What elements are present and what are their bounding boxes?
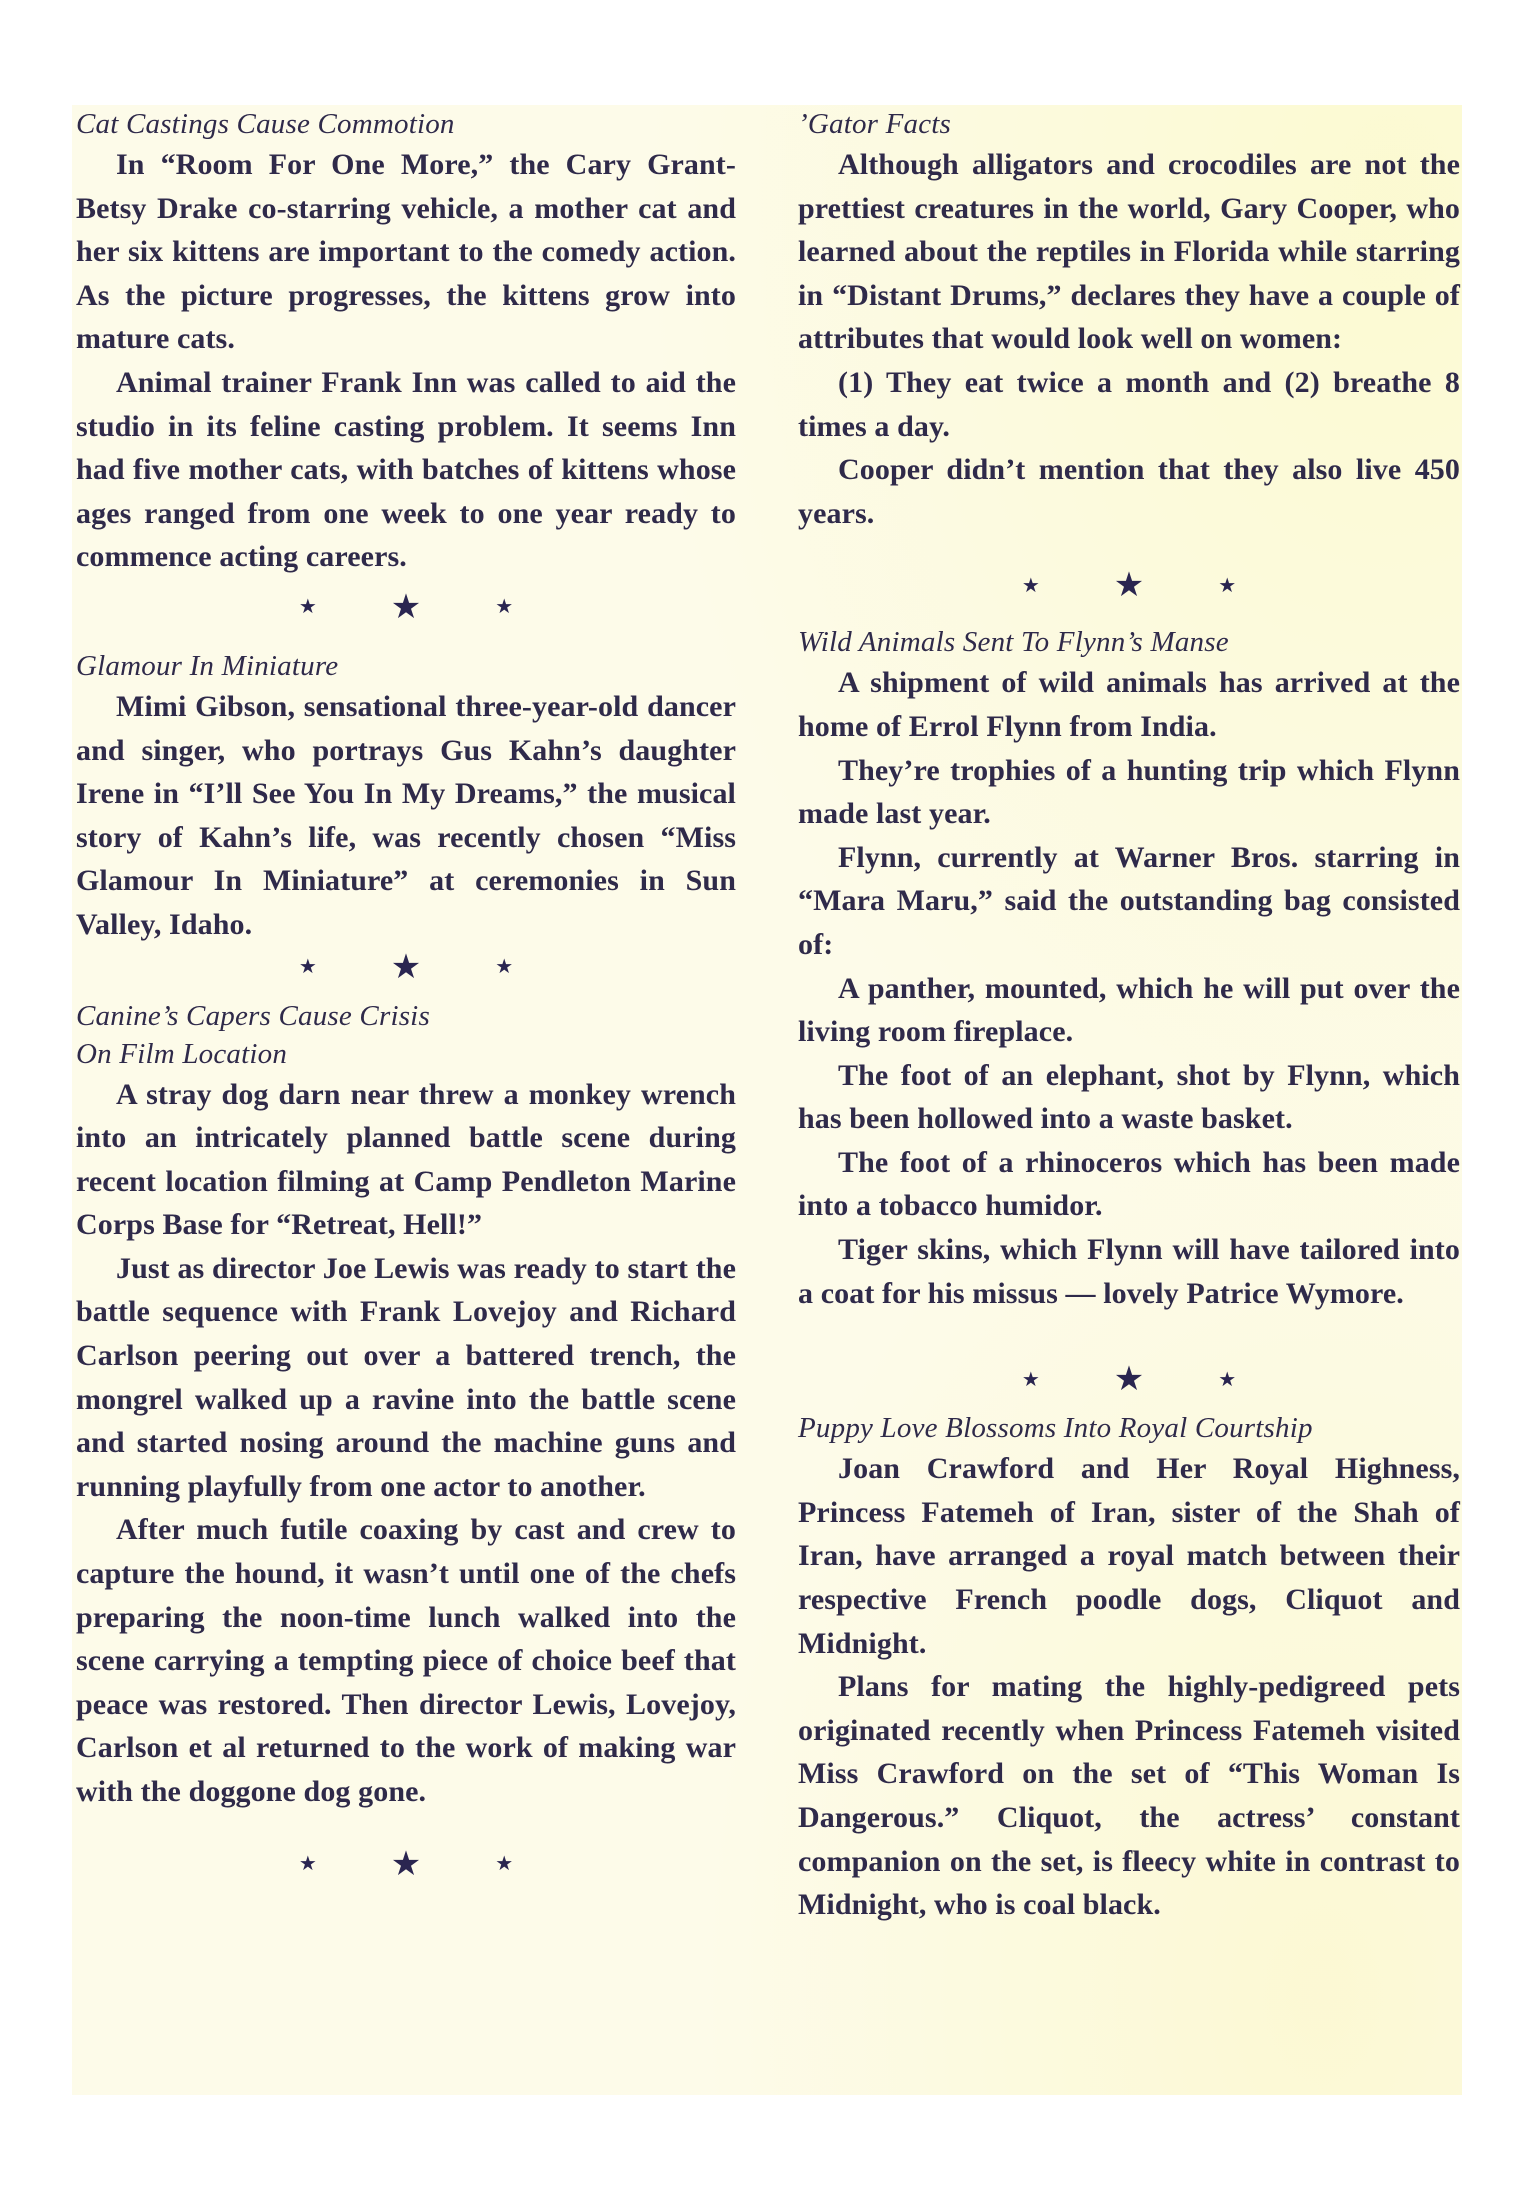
large-star-icon: ★ — [391, 1844, 421, 1884]
left-column: Cat Castings Cause Commotion In “Room Fo… — [76, 105, 736, 1884]
paragraph: (1) They eat twice a month and (2) breat… — [798, 361, 1460, 448]
article-puppy-love: Puppy Love Blossoms Into Royal Courtship… — [798, 1409, 1460, 1927]
paragraph: Cooper didn’t mention that they also liv… — [798, 448, 1460, 535]
headline: ’Gator Facts — [798, 105, 1460, 143]
large-star-icon: ★ — [391, 947, 421, 987]
paragraph: Mimi Gibson, sensational three-year-old … — [76, 685, 736, 947]
paragraph: Although alligators and crocodiles are n… — [798, 143, 1460, 361]
large-star-icon: ★ — [391, 587, 421, 627]
headline: Canine’s Capers Cause Crisis On Film Loc… — [76, 997, 736, 1073]
paragraph: Flynn, currently at Warner Bros. starrin… — [798, 836, 1460, 967]
star-separator: ★ ★ ★ — [798, 565, 1460, 605]
paragraph: They’re trophies of a hunting trip which… — [798, 749, 1460, 836]
headline: Wild Animals Sent To Flynn’s Manse — [798, 623, 1460, 661]
small-star-icon: ★ — [1022, 1367, 1040, 1392]
magazine-page: Cat Castings Cause Commotion In “Room Fo… — [72, 105, 1462, 2095]
paragraph: The foot of an elephant, shot by Flynn, … — [798, 1054, 1460, 1141]
small-star-icon: ★ — [299, 954, 317, 979]
paragraph: Animal trainer Frank Inn was called to a… — [76, 361, 736, 579]
paragraph: The foot of a rhinoceros which has been … — [798, 1141, 1460, 1228]
star-separator: ★ ★ ★ — [76, 1844, 736, 1884]
article-glamour-in-miniature: Glamour In Miniature Mimi Gibson, sensat… — [76, 647, 736, 947]
headline-line-1: Canine’s Capers Cause Crisis — [76, 1000, 430, 1032]
small-star-icon: ★ — [299, 594, 317, 619]
star-separator: ★ ★ ★ — [798, 1359, 1460, 1399]
small-star-icon: ★ — [495, 1851, 513, 1876]
paragraph: After much futile coaxing by cast and cr… — [76, 1508, 736, 1813]
headline: Glamour In Miniature — [76, 647, 736, 685]
paragraph: A shipment of wild animals has arrived a… — [798, 661, 1460, 748]
small-star-icon: ★ — [1022, 573, 1040, 598]
paragraph: A stray dog darn near threw a monkey wre… — [76, 1073, 736, 1247]
paragraph: A panther, mounted, which he will put ov… — [798, 967, 1460, 1054]
star-separator: ★ ★ ★ — [76, 587, 736, 627]
article-cat-castings: Cat Castings Cause Commotion In “Room Fo… — [76, 105, 736, 579]
large-star-icon: ★ — [1114, 1359, 1144, 1399]
article-gator-facts: ’Gator Facts Although alligators and cro… — [798, 105, 1460, 535]
small-star-icon: ★ — [299, 1851, 317, 1876]
headline: Cat Castings Cause Commotion — [76, 105, 736, 143]
paragraph: In “Room For One More,” the Cary Grant-B… — [76, 143, 736, 361]
small-star-icon: ★ — [495, 954, 513, 979]
large-star-icon: ★ — [1114, 565, 1144, 605]
star-separator: ★ ★ ★ — [76, 947, 736, 987]
paragraph: Tiger skins, which Flynn will have tailo… — [798, 1228, 1460, 1315]
small-star-icon: ★ — [495, 594, 513, 619]
small-star-icon: ★ — [1218, 573, 1236, 598]
headline-line-2: On Film Location — [76, 1038, 287, 1070]
paragraph: Plans for mating the highly-pedigreed pe… — [798, 1665, 1460, 1927]
article-canines-capers: Canine’s Capers Cause Crisis On Film Loc… — [76, 997, 736, 1814]
small-star-icon: ★ — [1218, 1367, 1236, 1392]
headline: Puppy Love Blossoms Into Royal Courtship — [798, 1409, 1460, 1447]
article-wild-animals: Wild Animals Sent To Flynn’s Manse A shi… — [798, 623, 1460, 1315]
right-column: ’Gator Facts Although alligators and cro… — [798, 105, 1460, 1927]
paragraph: Joan Crawford and Her Royal Highness, Pr… — [798, 1447, 1460, 1665]
paragraph: Just as director Joe Lewis was ready to … — [76, 1247, 736, 1509]
